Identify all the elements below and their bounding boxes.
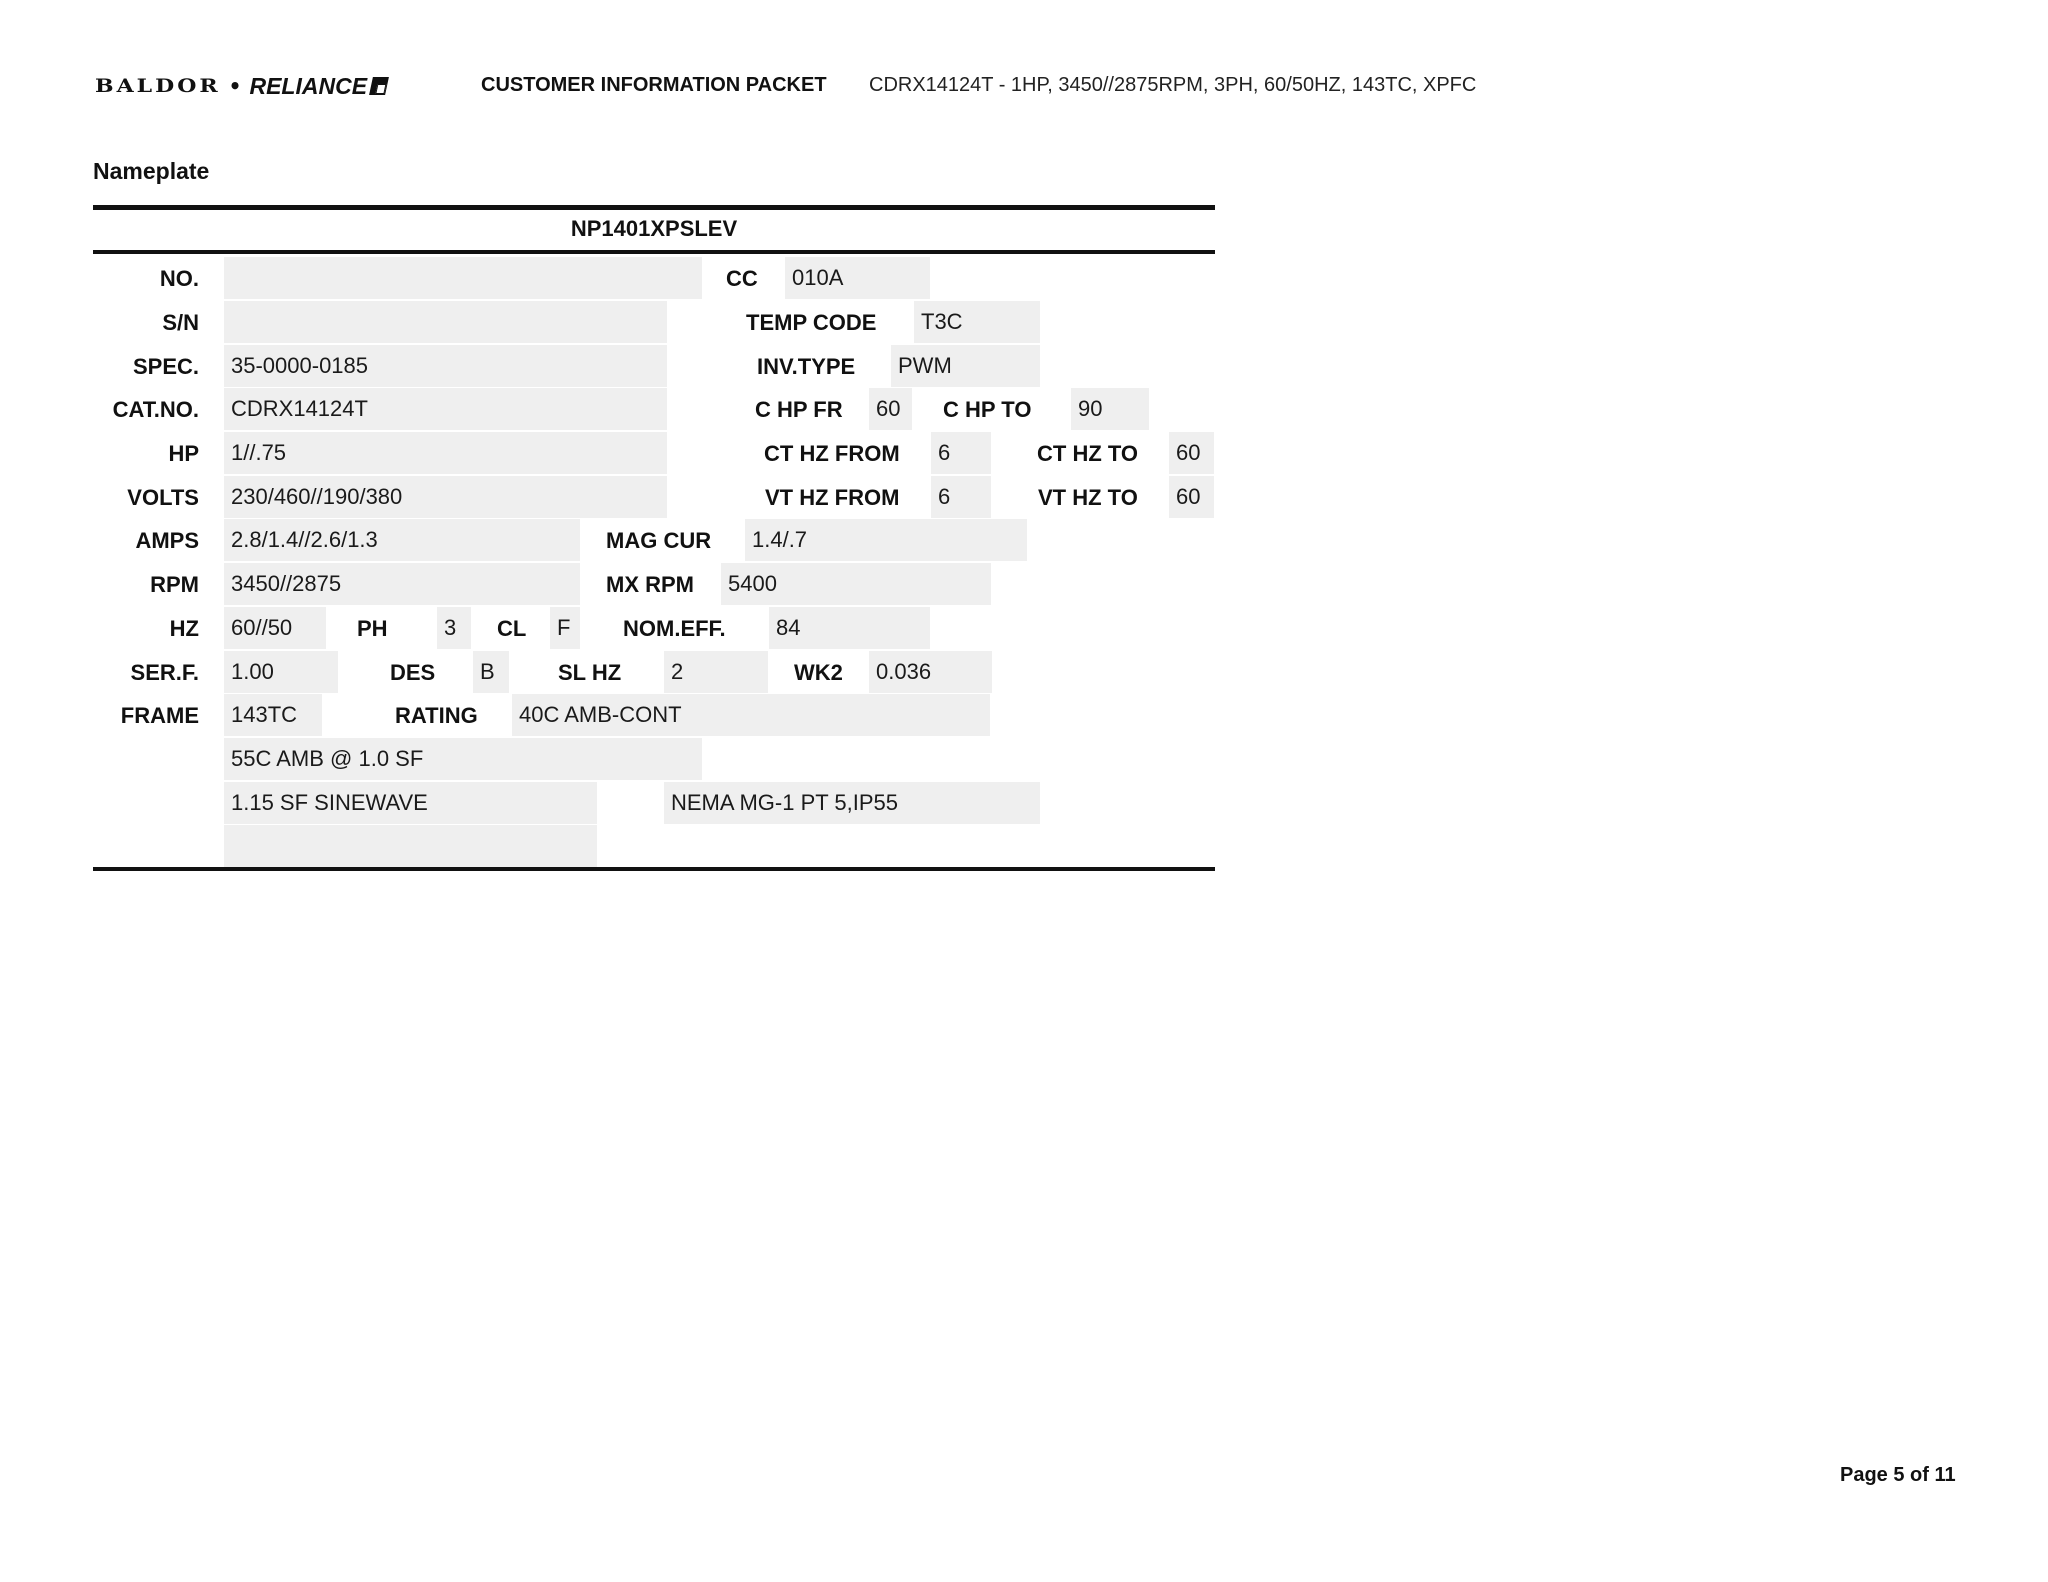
note-line-2-left: 1.15 SF SINEWAVE	[224, 782, 597, 824]
value-des: B	[473, 651, 509, 693]
reliance-mark-icon	[369, 77, 389, 95]
label-amps: AMPS	[93, 519, 199, 562]
label-mx-rpm: MX RPM	[606, 563, 694, 606]
value-vt-hz-from: 6	[931, 476, 991, 518]
label-hz: HZ	[93, 607, 199, 650]
value-spec: 35-0000-0185	[224, 345, 667, 387]
label-frame: FRAME	[93, 694, 199, 737]
label-hp: HP	[93, 432, 199, 475]
note-line-1: 55C AMB @ 1.0 SF	[224, 738, 702, 780]
value-amps: 2.8/1.4//2.6/1.3	[224, 519, 580, 561]
value-volts: 230/460//190/380	[224, 476, 667, 518]
value-vt-hz-to: 60	[1169, 476, 1214, 518]
value-cl: F	[550, 607, 580, 649]
nameplate-model: NP1401XPSLEV	[93, 216, 1215, 242]
value-rating: 40C AMB-CONT	[512, 694, 990, 736]
label-volts: VOLTS	[93, 476, 199, 519]
label-nom-eff: NOM.EFF.	[623, 607, 726, 650]
label-temp-code: TEMP CODE	[746, 301, 876, 344]
label-vt-hz-to: VT HZ TO	[1038, 476, 1138, 519]
label-cl: CL	[497, 607, 526, 650]
note-line-3	[224, 825, 597, 867]
table-top-rule	[93, 205, 1215, 210]
brand-separator: •	[229, 74, 242, 98]
value-rpm: 3450//2875	[224, 563, 580, 605]
label-cat-no: CAT.NO.	[93, 388, 199, 431]
label-sl-hz: SL HZ	[558, 651, 621, 694]
value-ser-f: 1.00	[224, 651, 338, 693]
table-bottom-rule	[93, 867, 1215, 871]
label-vt-hz-from: VT HZ FROM	[765, 476, 899, 519]
value-hp: 1//.75	[224, 432, 667, 474]
value-cc: 010A	[785, 257, 930, 299]
label-ct-hz-from: CT HZ FROM	[764, 432, 900, 475]
label-c-hp-fr: C HP FR	[755, 388, 843, 431]
value-wk2: 0.036	[869, 651, 992, 693]
label-c-hp-to: C HP TO	[943, 388, 1031, 431]
brand-baldor: BALDOR	[95, 75, 221, 97]
product-description: CDRX14124T - 1HP, 3450//2875RPM, 3PH, 60…	[869, 74, 1476, 97]
value-sl-hz: 2	[664, 651, 768, 693]
value-cat-no: CDRX14124T	[224, 388, 667, 430]
note-line-2-right: NEMA MG-1 PT 5,IP55	[664, 782, 1040, 824]
page-number: Page 5 of 11	[1840, 1464, 1956, 1487]
label-ct-hz-to: CT HZ TO	[1037, 432, 1138, 475]
section-title: Nameplate	[93, 158, 209, 185]
label-no: NO.	[93, 257, 199, 300]
value-temp-code: T3C	[914, 301, 1040, 343]
label-inv-type: INV.TYPE	[757, 345, 855, 388]
label-spec: SPEC.	[93, 345, 199, 388]
value-no	[224, 257, 702, 299]
label-rpm: RPM	[93, 563, 199, 606]
table-header-rule	[93, 250, 1215, 254]
document-title: CUSTOMER INFORMATION PACKET	[481, 74, 827, 97]
value-frame: 143TC	[224, 694, 322, 736]
brand-reliance: RELIANCE	[249, 73, 367, 100]
brand-logo: BALDOR • RELIANCE	[95, 72, 387, 100]
value-mx-rpm: 5400	[721, 563, 991, 605]
label-des: DES	[390, 651, 435, 694]
label-cc: CC	[726, 257, 758, 300]
label-sn: S/N	[93, 301, 199, 344]
value-ct-hz-from: 6	[931, 432, 991, 474]
value-c-hp-fr: 60	[869, 388, 912, 430]
value-hz: 60//50	[224, 607, 326, 649]
value-sn	[224, 301, 667, 343]
label-ph: PH	[357, 607, 388, 650]
label-wk2: WK2	[794, 651, 843, 694]
value-ph: 3	[437, 607, 471, 649]
label-ser-f: SER.F.	[93, 651, 199, 694]
value-inv-type: PWM	[891, 345, 1040, 387]
label-rating: RATING	[395, 694, 478, 737]
value-c-hp-to: 90	[1071, 388, 1149, 430]
label-mag-cur: MAG CUR	[606, 519, 711, 562]
value-ct-hz-to: 60	[1169, 432, 1214, 474]
value-nom-eff: 84	[769, 607, 930, 649]
value-mag-cur: 1.4/.7	[745, 519, 1027, 561]
